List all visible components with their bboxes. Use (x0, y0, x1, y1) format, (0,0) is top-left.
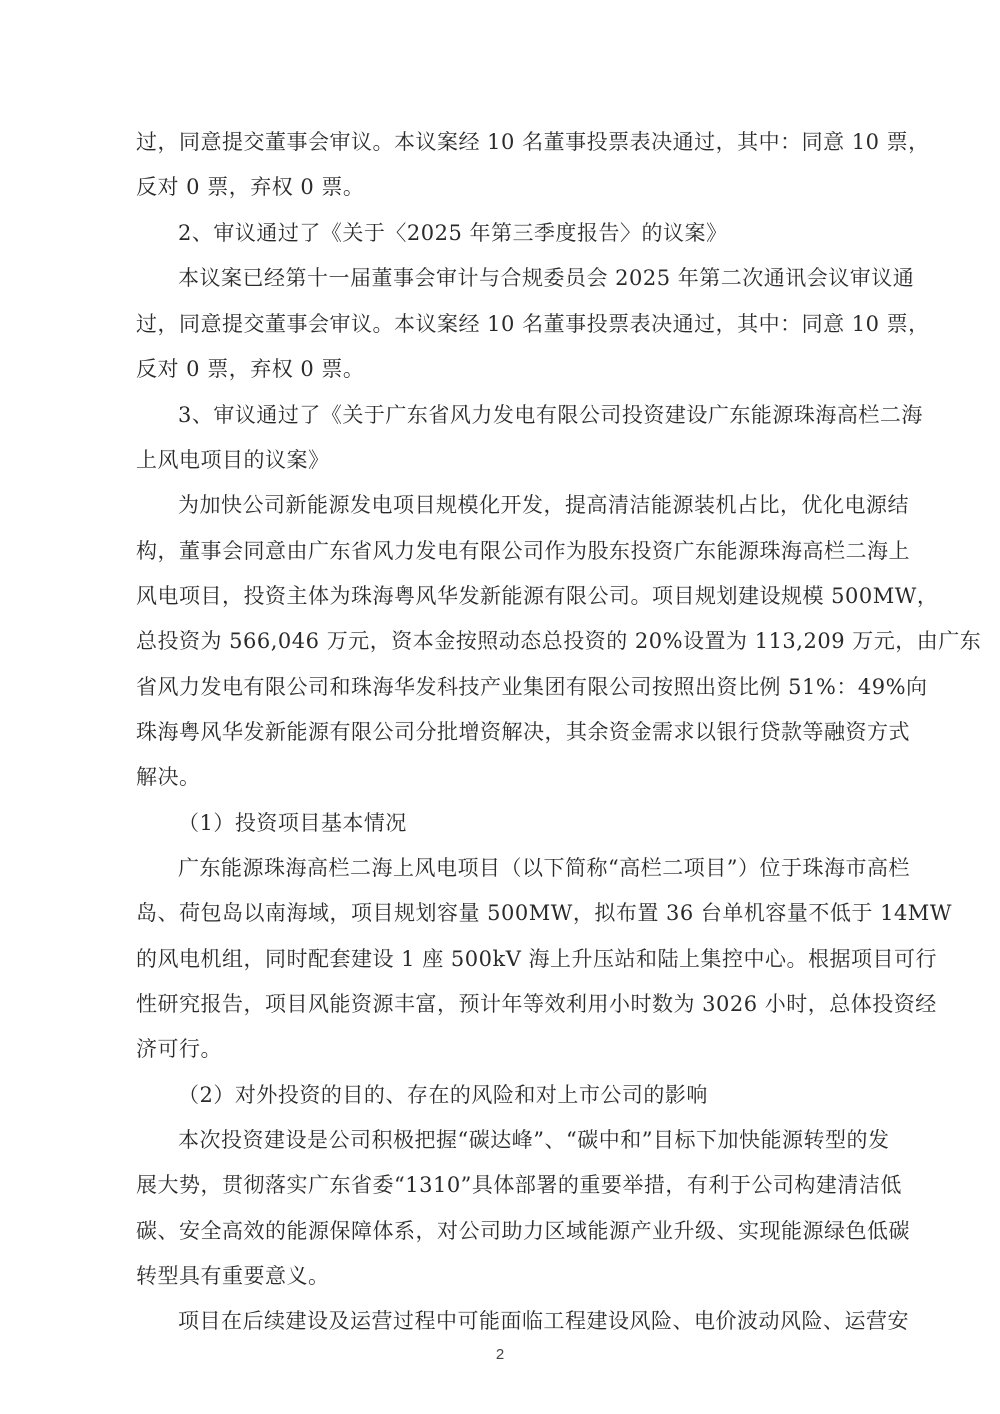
text-line: 过，同意提交董事会审议。本议案经 10 名董事投票表决通过，其中：同意 10 票… (136, 309, 866, 339)
text-line: 上风电项目的议案》 (136, 445, 866, 475)
text-line: 2、审议通过了《关于〈2025 年第三季度报告〉的议案》 (178, 218, 866, 248)
text-line: 济可行。 (136, 1034, 866, 1064)
text-line: 反对 0 票，弃权 0 票。 (136, 172, 866, 202)
text-line: 碳、安全高效的能源保障体系，对公司助力区域能源产业升级、实现能源绿色低碳 (136, 1216, 866, 1246)
text-line: 解决。 (136, 762, 866, 792)
text-line: 展大势，贯彻落实广东省委“1310”具体部署的重要举措，有利于公司构建清洁低 (136, 1170, 866, 1200)
text-line: 转型具有重要意义。 (136, 1261, 866, 1291)
text-line: 广东能源珠海高栏二海上风电项目（以下简称“高栏二项目”）位于珠海市高栏 (178, 853, 866, 883)
text-line: 总投资为 566,046 万元，资本金按照动态总投资的 20%设置为 113,2… (136, 626, 866, 656)
page-number: 2 (0, 1346, 1000, 1363)
text-line: 过，同意提交董事会审议。本议案经 10 名董事投票表决通过，其中：同意 10 票… (136, 127, 866, 157)
document-page: 过，同意提交董事会审议。本议案经 10 名董事投票表决通过，其中：同意 10 票… (0, 0, 1000, 1414)
text-line: 本议案已经第十一届董事会审计与合规委员会 2025 年第二次通讯会议审议通 (178, 263, 866, 293)
text-line: 项目在后续建设及运营过程中可能面临工程建设风险、电价波动风险、运营安 (178, 1306, 866, 1336)
text-line: 岛、荷包岛以南海域，项目规划容量 500MW，拟布置 36 台单机容量不低于 1… (136, 898, 866, 928)
text-line: 本次投资建设是公司积极把握“碳达峰”、“碳中和”目标下加快能源转型的发 (178, 1125, 866, 1155)
text-line: 的风电机组，同时配套建设 1 座 500kV 海上升压站和陆上集控中心。根据项目… (136, 944, 866, 974)
text-line: 风电项目，投资主体为珠海粤风华发新能源有限公司。项目规划建设规模 500MW， (136, 581, 866, 611)
text-line: 珠海粤风华发新能源有限公司分批增资解决，其余资金需求以银行贷款等融资方式 (136, 717, 866, 747)
text-line: 反对 0 票，弃权 0 票。 (136, 354, 866, 384)
text-line: 为加快公司新能源发电项目规模化开发，提高清洁能源装机占比，优化电源结 (178, 490, 866, 520)
text-line: 3、审议通过了《关于广东省风力发电有限公司投资建设广东能源珠海高栏二海 (178, 400, 866, 430)
text-line: 构，董事会同意由广东省风力发电有限公司作为股东投资广东能源珠海高栏二海上 (136, 536, 866, 566)
text-line: 省风力发电有限公司和珠海华发科技产业集团有限公司按照出资比例 51%：49%向 (136, 672, 866, 702)
text-line: （1）投资项目基本情况 (178, 808, 866, 838)
text-line: （2）对外投资的目的、存在的风险和对上市公司的影响 (178, 1080, 866, 1110)
text-line: 性研究报告，项目风能资源丰富，预计年等效利用小时数为 3026 小时，总体投资经 (136, 989, 866, 1019)
